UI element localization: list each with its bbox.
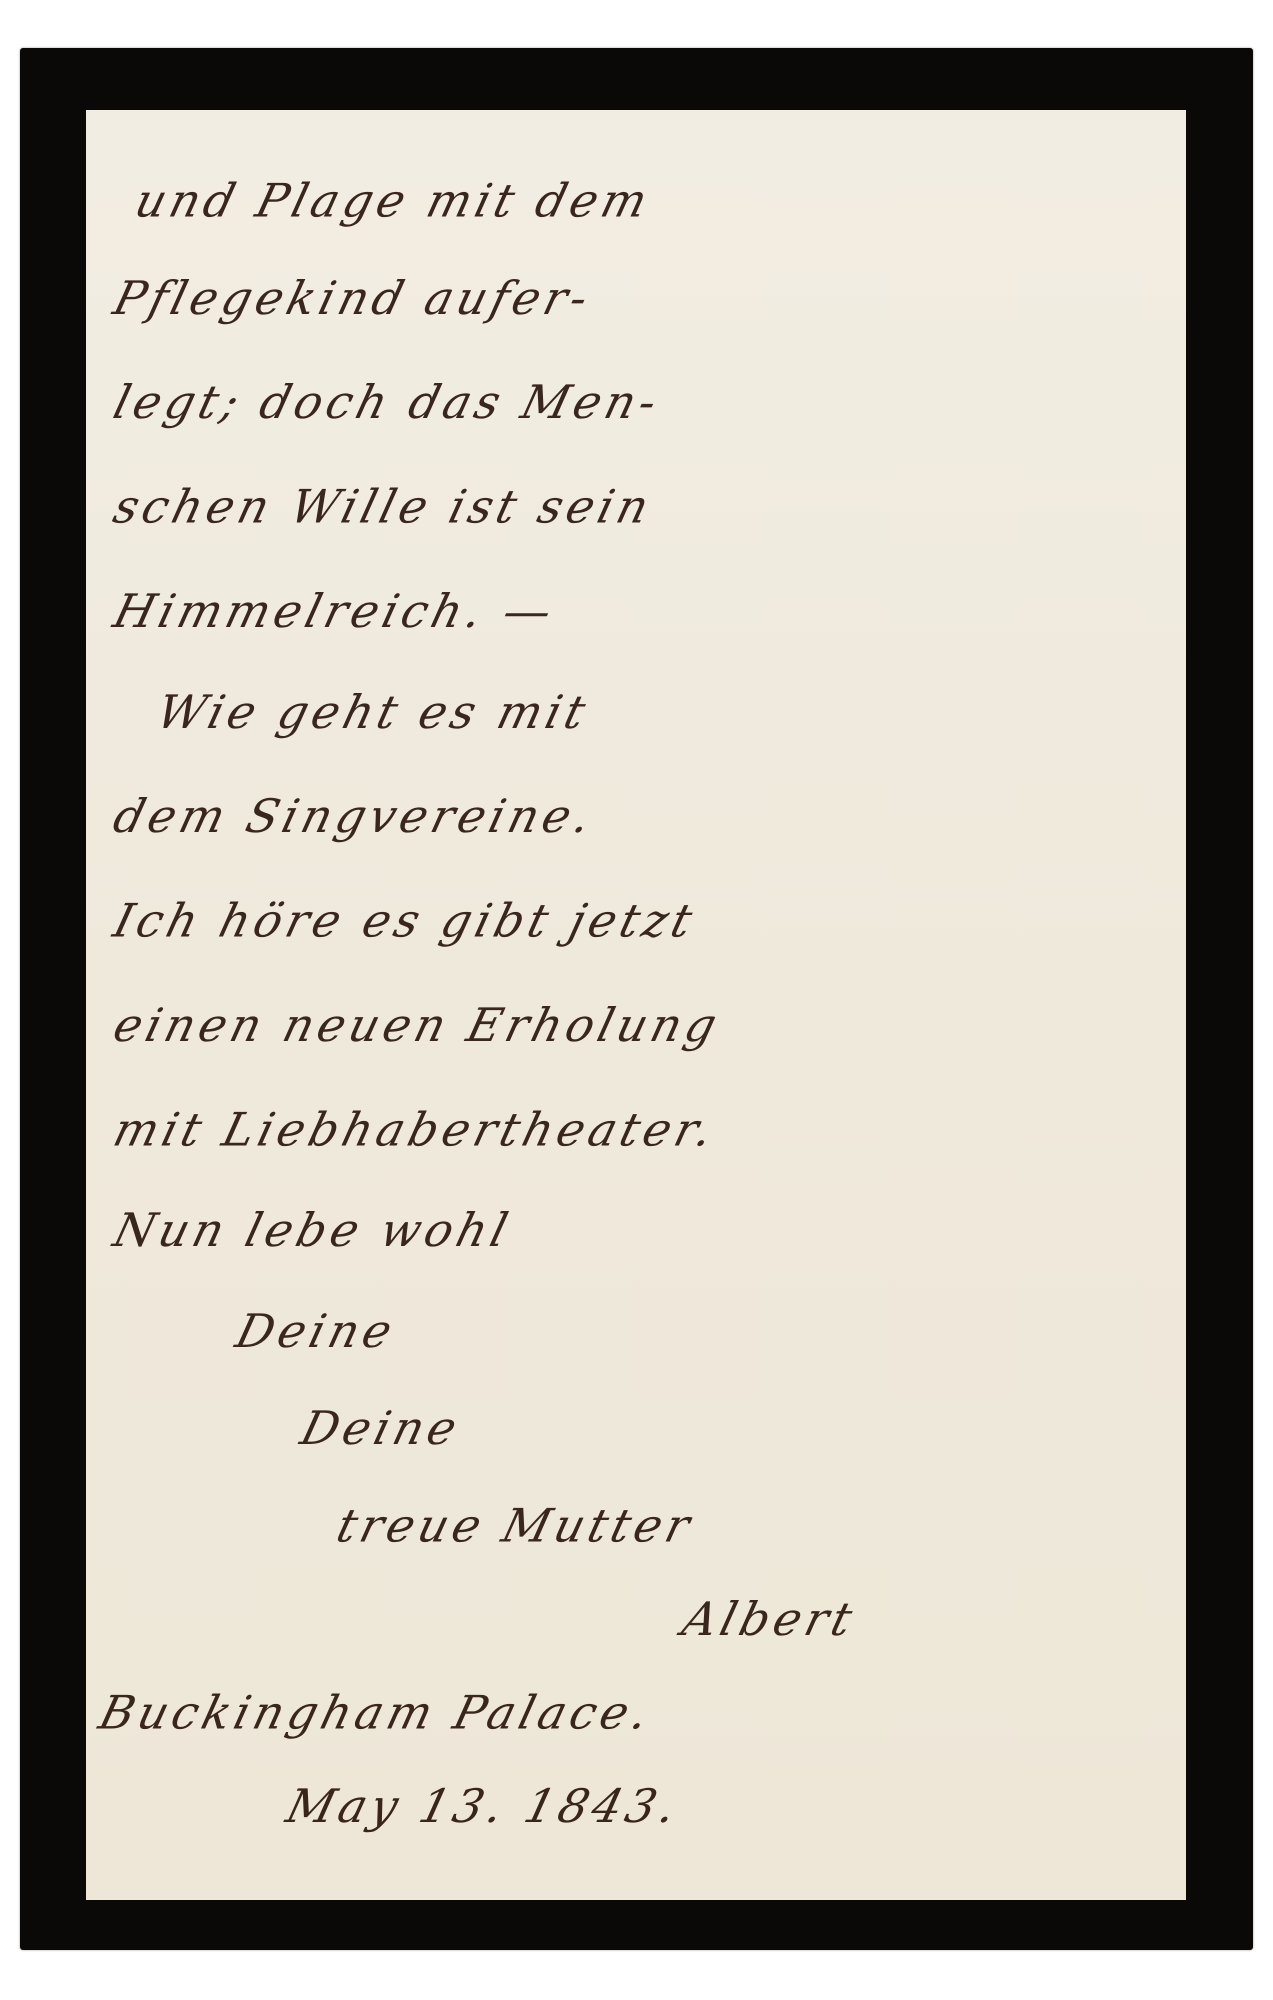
letter-line: schen Wille ist sein [108, 481, 658, 534]
letter-line: Ich höre es gibt jetzt [108, 895, 701, 948]
letter-line: legt; doch das Men- [108, 376, 666, 429]
letter-line: treue Mutter [331, 1500, 699, 1553]
letter-paper: und Plage mit dem Pflegekind aufer- legt… [86, 110, 1186, 1900]
letter-line: Himmelreich. — [108, 585, 561, 638]
letter-line: einen neuen Erholung [108, 999, 726, 1052]
letter-line: mit Liebhabertheater. [108, 1104, 722, 1157]
letter-line: Pflegekind aufer- [108, 272, 597, 325]
letter-line: Deine [231, 1305, 402, 1358]
letter-line: Deine [295, 1402, 466, 1455]
letter-line: Nun lebe wohl [108, 1204, 517, 1257]
signature: Albert [677, 1593, 862, 1646]
letter-line: und Plage mit dem [130, 175, 657, 228]
place-line: Buckingham Palace. [94, 1687, 658, 1740]
letter-line: dem Singvereine. [108, 790, 600, 843]
letter-card: und Plage mit dem Pflegekind aufer- legt… [20, 48, 1253, 1950]
date-line: May 13. 1843. [281, 1780, 686, 1833]
letter-line: Wie geht es mit [151, 686, 594, 739]
